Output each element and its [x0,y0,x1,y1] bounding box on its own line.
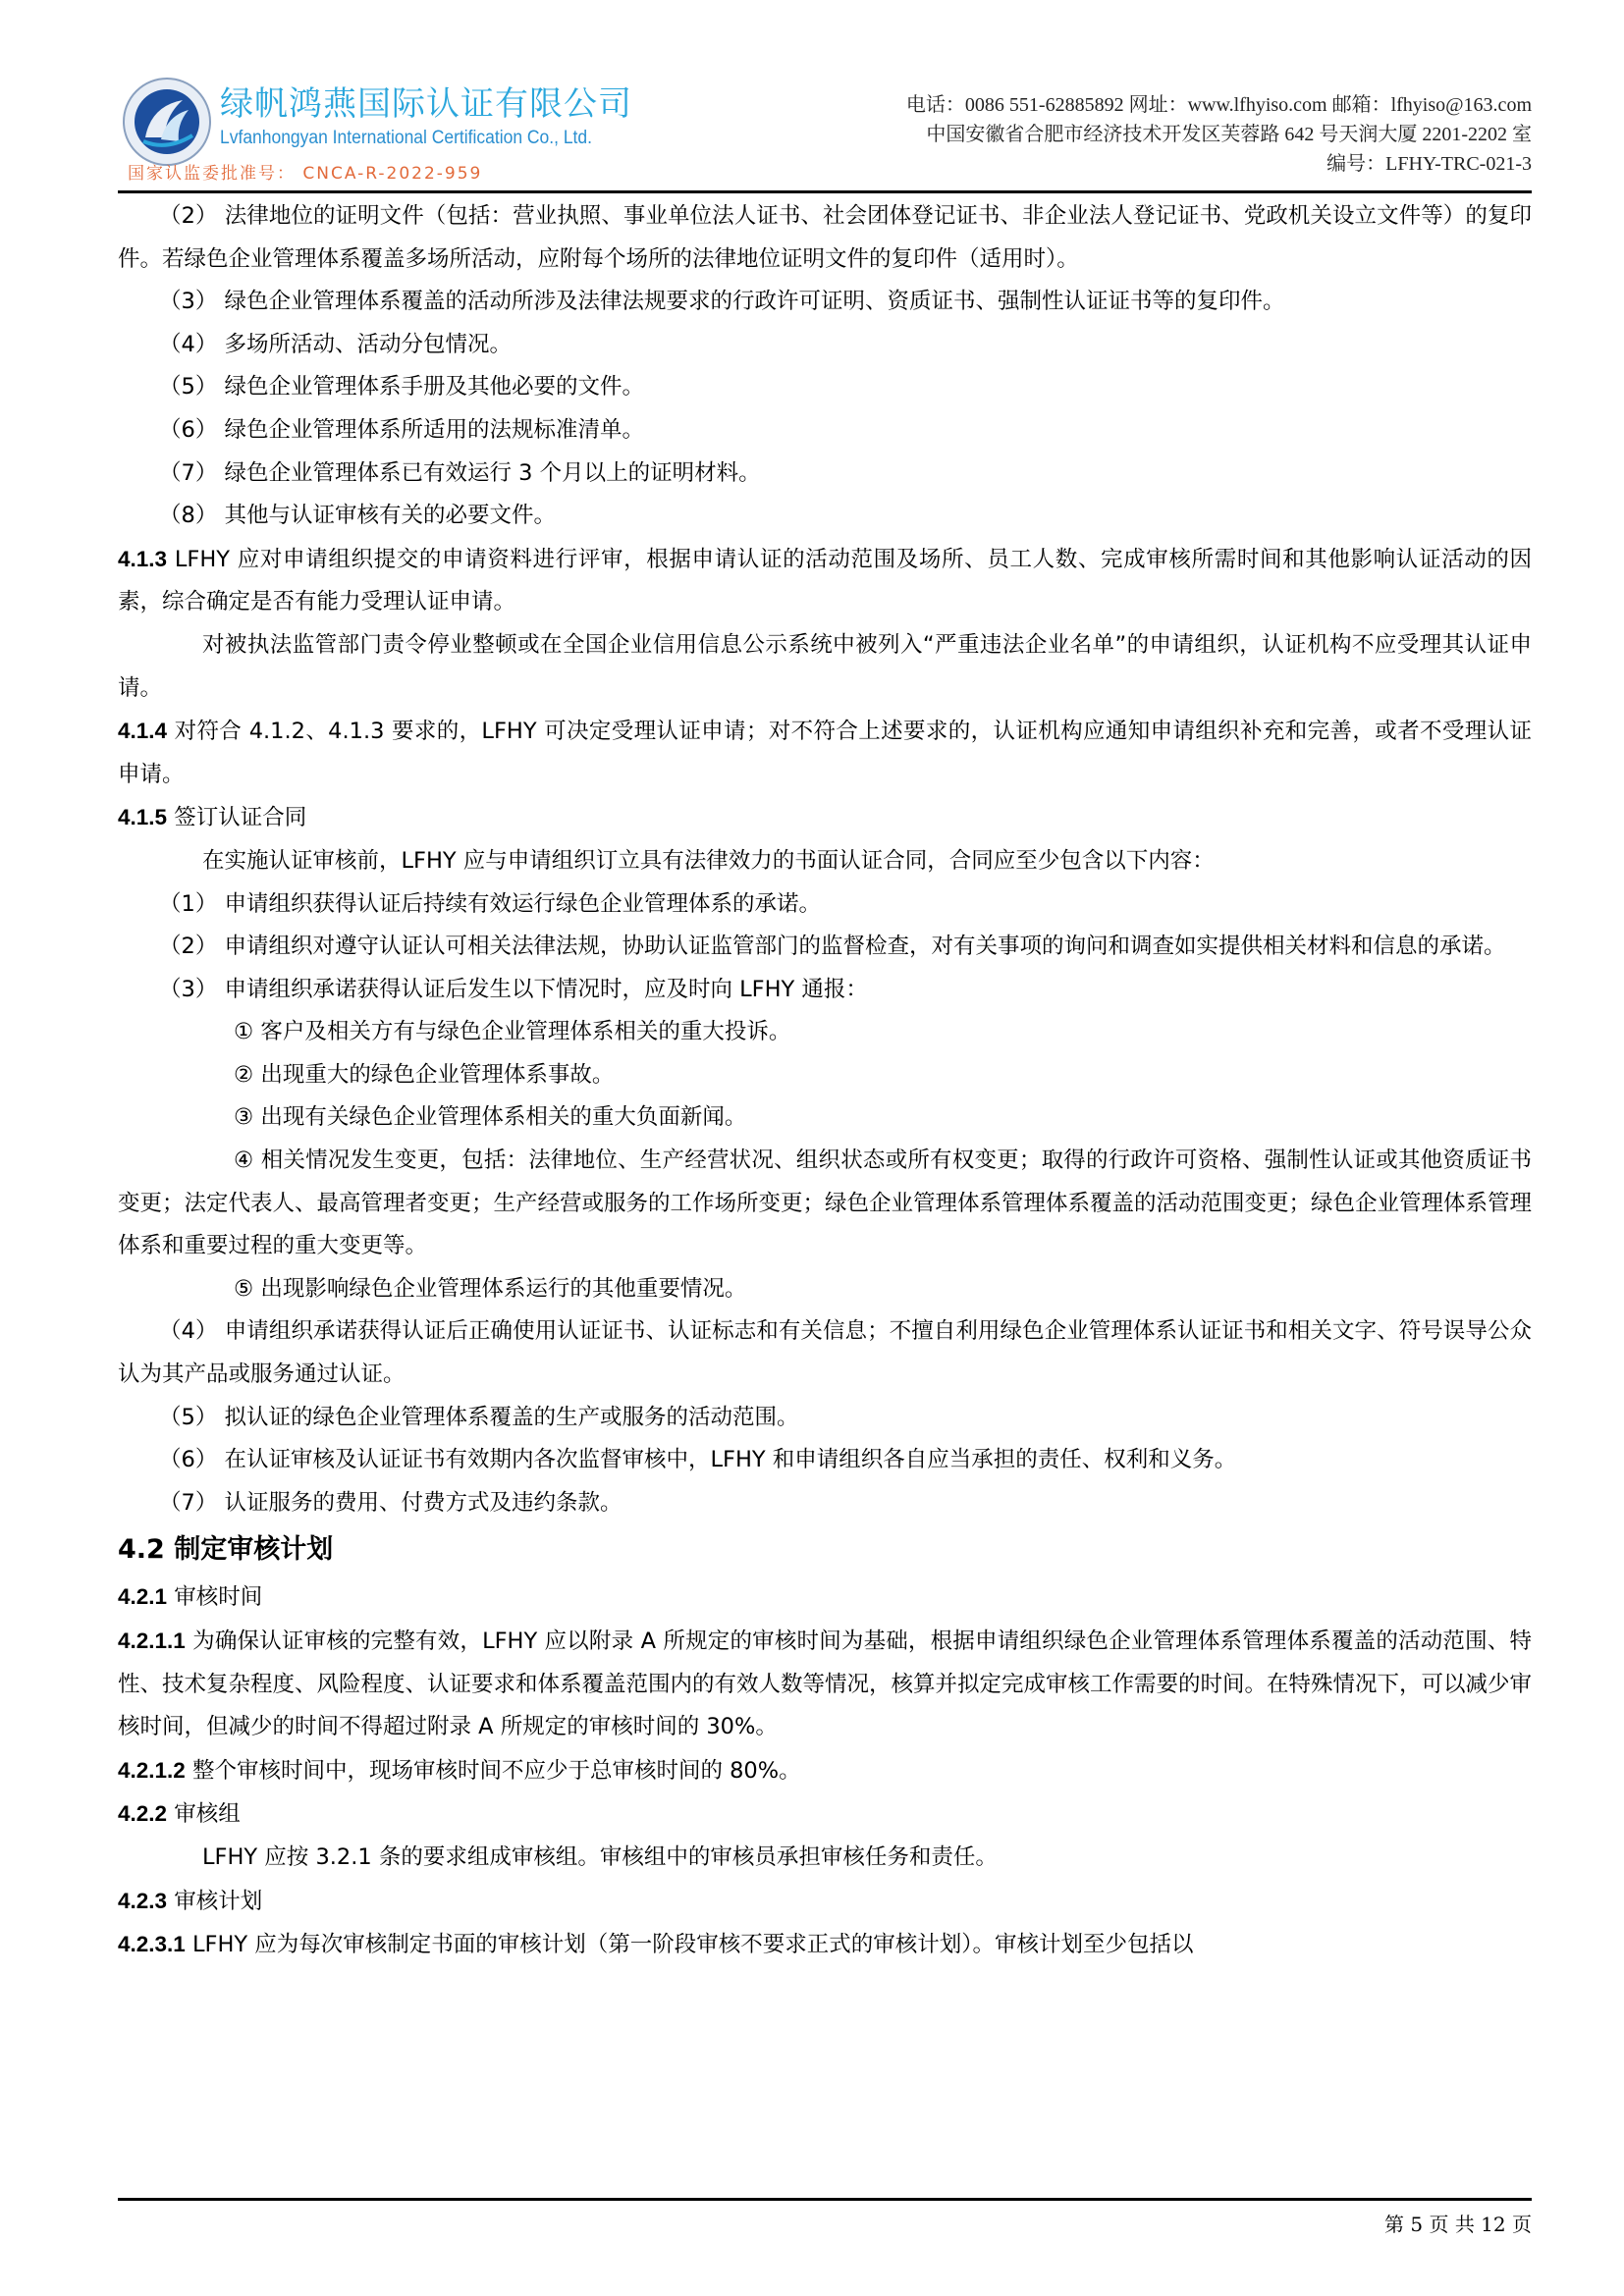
sub-item: ② 出现重大的绿色企业管理体系事故。 [118,1054,1532,1097]
clause-4-2-3-1: 4.2.3.1 LFHY 应为每次审核制定书面的审核计划（第一阶段审核不要求正式… [118,1923,1532,1967]
clause-text: LFHY 应对申请组织提交的申请资料进行评审，根据申请认证的活动范围及场所、员工… [118,547,1532,615]
clause-number: 4.2.1.2 [118,1758,186,1783]
header-divider [118,190,1532,193]
document-number: 编号：LFHY-TRC-021-3 [906,149,1532,179]
paragraph: （7） 认证服务的费用、付费方式及违约条款。 [118,1482,1532,1525]
clause-4-2-1-2: 4.2.1.2 整个审核时间中，现场审核时间不应少于总审核时间的 80%。 [118,1749,1532,1793]
paragraph: LFHY 应按 3.2.1 条的要求组成审核组。审核组中的审核员承担审核任务和责… [118,1837,1532,1880]
clause-text: 对符合 4.1.2、4.1.3 要求的，LFHY 可决定受理认证申请；对不符合上… [118,719,1532,787]
clause-4-2-1: 4.2.1 审核时间 [118,1575,1532,1620]
clause-4-1-3: 4.1.3 LFHY 应对申请组织提交的申请资料进行评审，根据申请认证的活动范围… [118,538,1532,624]
clause-title: 审核时间 [167,1584,262,1610]
clause-title: 审核计划 [167,1889,262,1914]
clause-4-2-2: 4.2.2 审核组 [118,1792,1532,1837]
clause-text: LFHY 应为每次审核制定书面的审核计划（第一阶段审核不要求正式的审核计划）。审… [186,1932,1194,1957]
document-body: （2） 法律地位的证明文件（包括：营业执照、事业单位法人证书、社会团体登记证书、… [118,195,1532,1967]
address-line: 中国安徽省合肥市经济技术开发区芙蓉路 642 号天润大厦 2201-2202 室 [906,120,1532,149]
clause-number: 4.2.3.1 [118,1932,186,1956]
clause-4-1-5: 4.1.5 签订认证合同 [118,796,1532,840]
letterhead: 绿帆鸿燕国际认证有限公司 Lvfanhongyan International … [118,69,1532,187]
approval-number: 国家认监委批准号： CNCA-R-2022-959 [128,159,482,184]
clause-number: 4.1.5 [118,805,167,829]
clause-text: 为确保认证审核的完整有效，LFHY 应以附录 A 所规定的审核时间为基础，根据申… [118,1629,1532,1739]
paragraph: （6） 在认证审核及认证证书有效期内各次监督审核中，LFHY 和申请组织各自应当… [118,1439,1532,1482]
paragraph: （2） 申请组织对遵守认证认可相关法律法规，协助认证监管部门的监督检查，对有关事… [118,926,1532,969]
paragraph: （4） 多场所活动、活动分包情况。 [118,324,1532,367]
contact-block: 电话：0086 551-62885892 网址：www.lfhyiso.com … [906,90,1532,179]
paragraph: （8） 其他与认证审核有关的必要文件。 [118,495,1532,538]
clause-number: 4.2.3 [118,1889,167,1913]
clause-4-2-3: 4.2.3 审核计划 [118,1880,1532,1924]
company-name-cn: 绿帆鸿燕国际认证有限公司 [220,77,632,125]
clause-number: 4.2.1 [118,1584,167,1609]
paragraph: （2） 法律地位的证明文件（包括：营业执照、事业单位法人证书、社会团体登记证书、… [118,195,1532,281]
paragraph: （3） 绿色企业管理体系覆盖的活动所涉及法律法规要求的行政许可证明、资质证书、强… [118,281,1532,324]
company-logo-icon [122,77,212,167]
page-number: 第 5 页 共 12 页 [1384,2209,1532,2237]
clause-number: 4.2.1.1 [118,1629,186,1653]
clause-title: 审核组 [167,1801,241,1827]
footer-divider [118,2198,1532,2201]
paragraph: （6） 绿色企业管理体系所适用的法规标准清单。 [118,409,1532,453]
clause-4-2-1-1: 4.2.1.1 为确保认证审核的完整有效，LFHY 应以附录 A 所规定的审核时… [118,1620,1532,1749]
paragraph: （5） 拟认证的绿色企业管理体系覆盖的生产或服务的活动范围。 [118,1397,1532,1440]
clause-4-1-4: 4.1.4 对符合 4.1.2、4.1.3 要求的，LFHY 可决定受理认证申请… [118,710,1532,796]
sub-item: ⑤ 出现影响绿色企业管理体系运行的其他重要情况。 [118,1268,1532,1311]
section-number: 4.2 [118,1534,165,1565]
clause-number: 4.2.2 [118,1801,167,1826]
section-title: 制定审核计划 [165,1534,333,1565]
paragraph: （5） 绿色企业管理体系手册及其他必要的文件。 [118,366,1532,409]
clause-number: 4.1.3 [118,547,167,571]
section-heading-4-2: 4.2 制定审核计划 [118,1524,1532,1575]
clause-title: 签订认证合同 [167,805,306,830]
contact-line: 电话：0086 551-62885892 网址：www.lfhyiso.com … [906,90,1532,120]
clause-number: 4.1.4 [118,719,167,743]
paragraph: 在实施认证审核前，LFHY 应与申请组织订立具有法律效力的书面认证合同，合同应至… [118,840,1532,883]
sub-item: ① 客户及相关方有与绿色企业管理体系相关的重大投诉。 [118,1011,1532,1054]
paragraph: （1） 申请组织获得认证后持续有效运行绿色企业管理体系的承诺。 [118,883,1532,927]
sub-item: ③ 出现有关绿色企业管理体系相关的重大负面新闻。 [118,1096,1532,1140]
paragraph: （4） 申请组织承诺获得认证后正确使用认证证书、认证标志和有关信息；不擅自利用绿… [118,1310,1532,1396]
company-name-en: Lvfanhongyan International Certification… [220,128,592,149]
paragraph: （7） 绿色企业管理体系已有效运行 3 个月以上的证明材料。 [118,453,1532,496]
sub-item: ④ 相关情况发生变更，包括：法律地位、生产经营状况、组织状态或所有权变更；取得的… [118,1140,1532,1268]
clause-text: 整个审核时间中，现场审核时间不应少于总审核时间的 80%。 [186,1758,801,1784]
paragraph: （3） 申请组织承诺获得认证后发生以下情况时，应及时向 LFHY 通报： [118,969,1532,1012]
paragraph: 对被执法监管部门责令停业整顿或在全国企业信用信息公示系统中被列入“严重违法企业名… [118,624,1532,710]
